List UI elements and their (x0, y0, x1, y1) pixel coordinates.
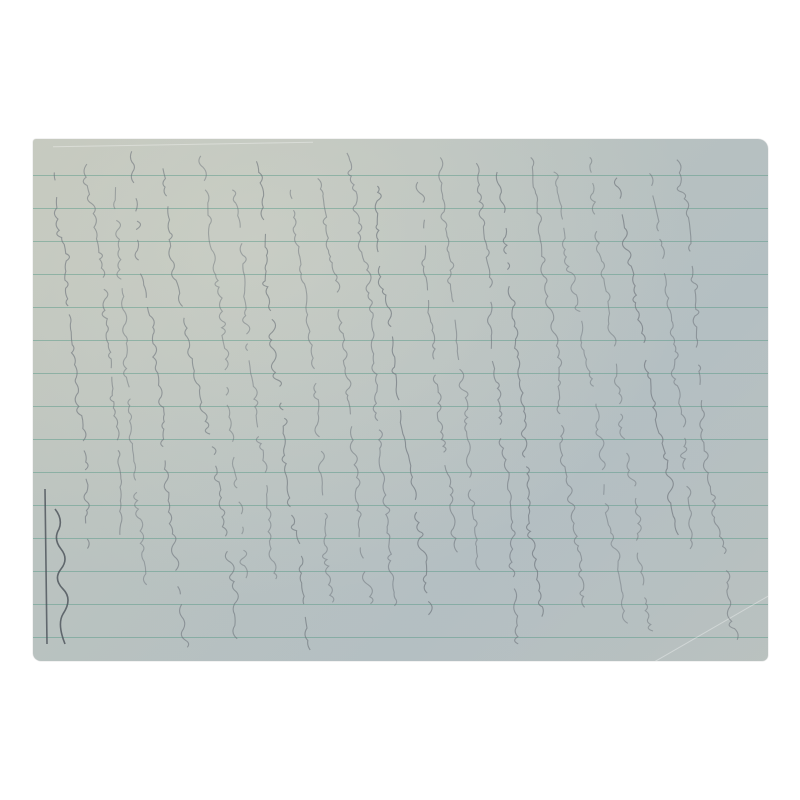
postcard (33, 139, 768, 661)
handwriting (33, 139, 768, 661)
